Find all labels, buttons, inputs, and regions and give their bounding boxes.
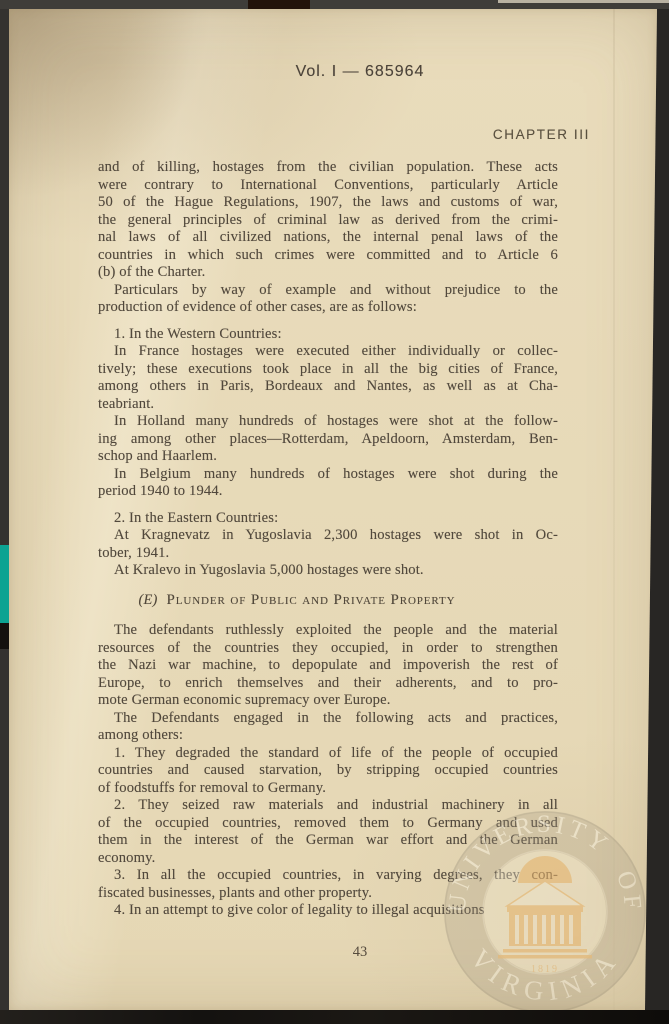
- paragraph: 2. In the Eastern Countries:: [98, 510, 558, 528]
- text-line: period 1940 to 1944.: [98, 483, 558, 501]
- text-line: nal laws of all civilized nations, the i…: [98, 229, 558, 247]
- text-line: The Defendants engaged in the following …: [98, 710, 558, 728]
- text-line: 1. In the Western Countries:: [98, 326, 558, 344]
- text-line: countries in which such crimes were comm…: [98, 247, 558, 265]
- text-line: In France hostages were executed either …: [98, 343, 558, 361]
- text-line: 1. They degraded the standard of life of…: [98, 745, 558, 763]
- text-line: At Kragnevatz in Yugoslavia 2,300 hostag…: [98, 527, 558, 545]
- section-heading-title: Plunder of Public and Private Property: [167, 592, 456, 608]
- frame-highlight-line: [498, 0, 669, 3]
- bookmark-shadow: [0, 623, 9, 649]
- seal-year: 1819: [531, 964, 559, 975]
- text-line: countries and caused starvation, by stri…: [98, 762, 558, 780]
- paragraph: Particulars by way of example and withou…: [98, 282, 558, 317]
- text-line: Europe, to enrich themselves and their a…: [98, 675, 558, 693]
- text-line: mote German economic supremacy over Euro…: [98, 692, 558, 710]
- paragraph: 1. In the Western Countries:: [98, 326, 558, 344]
- scanner-frame-bottom: [0, 1010, 669, 1024]
- text-line: schop and Haarlem.: [98, 448, 558, 466]
- text-line: were contrary to International Conventio…: [98, 177, 558, 195]
- section-heading-prefix: (E): [139, 592, 158, 608]
- text-line: the general principles of criminal law a…: [98, 212, 558, 230]
- text-line: teabriant.: [98, 396, 558, 414]
- section-heading: (E)Plunder of Public and Private Propert…: [98, 592, 558, 610]
- text-line: 2. In the Eastern Countries:: [98, 510, 558, 528]
- text-line: of foodstuffs for removal to Germany.: [98, 780, 558, 798]
- paragraph: In France hostages were executed either …: [98, 343, 558, 413]
- text-line: In Belgium many hundreds of hostages wer…: [98, 466, 558, 484]
- text-line: among others in Paris, Bordeaux and Nant…: [98, 378, 558, 396]
- text-line: 50 of the Hague Regulations, 1907, the l…: [98, 194, 558, 212]
- text-line: (b) of the Charter.: [98, 264, 558, 282]
- paragraph: 1. They degraded the standard of life of…: [98, 745, 558, 798]
- text-line: At Kralevo in Yugoslavia 5,000 hostages …: [98, 562, 558, 580]
- volume-header: Vol. I — 685964: [63, 63, 657, 81]
- text-line: and of killing, hostages from the civili…: [98, 159, 558, 177]
- book-page: Vol. I — 685964 CHAPTER III and of killi…: [9, 9, 657, 1010]
- text-line: In Holland many hundreds of hostages wer…: [98, 413, 558, 431]
- text-line: tober, 1941.: [98, 545, 558, 563]
- chapter-heading: CHAPTER III: [493, 127, 590, 142]
- university-of-virginia-seal: 1819 UNIVERSITY OF VIRGINIA: [442, 809, 647, 1010]
- text-line: tively; these executions took place in a…: [98, 361, 558, 379]
- paragraph: At Kragnevatz in Yugoslavia 2,300 hostag…: [98, 527, 558, 562]
- text-block: and of killing, hostages from the civili…: [98, 159, 558, 920]
- teal-bookmark-strip: [0, 545, 9, 623]
- text-line: Particulars by way of example and withou…: [98, 282, 558, 300]
- paragraph: The defendants ruthlessly exploited the …: [98, 622, 558, 710]
- paragraph: In Holland many hundreds of hostages wer…: [98, 413, 558, 466]
- text-line: production of evidence of other cases, a…: [98, 299, 558, 317]
- text-line: The defendants ruthlessly exploited the …: [98, 622, 558, 640]
- text-line: the Nazi war machine, to depopulate and …: [98, 657, 558, 675]
- text-line: among others:: [98, 727, 558, 745]
- paragraph: In Belgium many hundreds of hostages wer…: [98, 466, 558, 501]
- paragraph: and of killing, hostages from the civili…: [98, 159, 558, 282]
- paragraph: At Kralevo in Yugoslavia 5,000 hostages …: [98, 562, 558, 580]
- text-line: ing among other places—Rotterdam, Apeldo…: [98, 431, 558, 449]
- paragraph: The Defendants engaged in the following …: [98, 710, 558, 745]
- book-spine-notch: [248, 0, 310, 9]
- text-line: resources of the countries they occupied…: [98, 640, 558, 658]
- scanner-frame-left: [0, 9, 9, 1024]
